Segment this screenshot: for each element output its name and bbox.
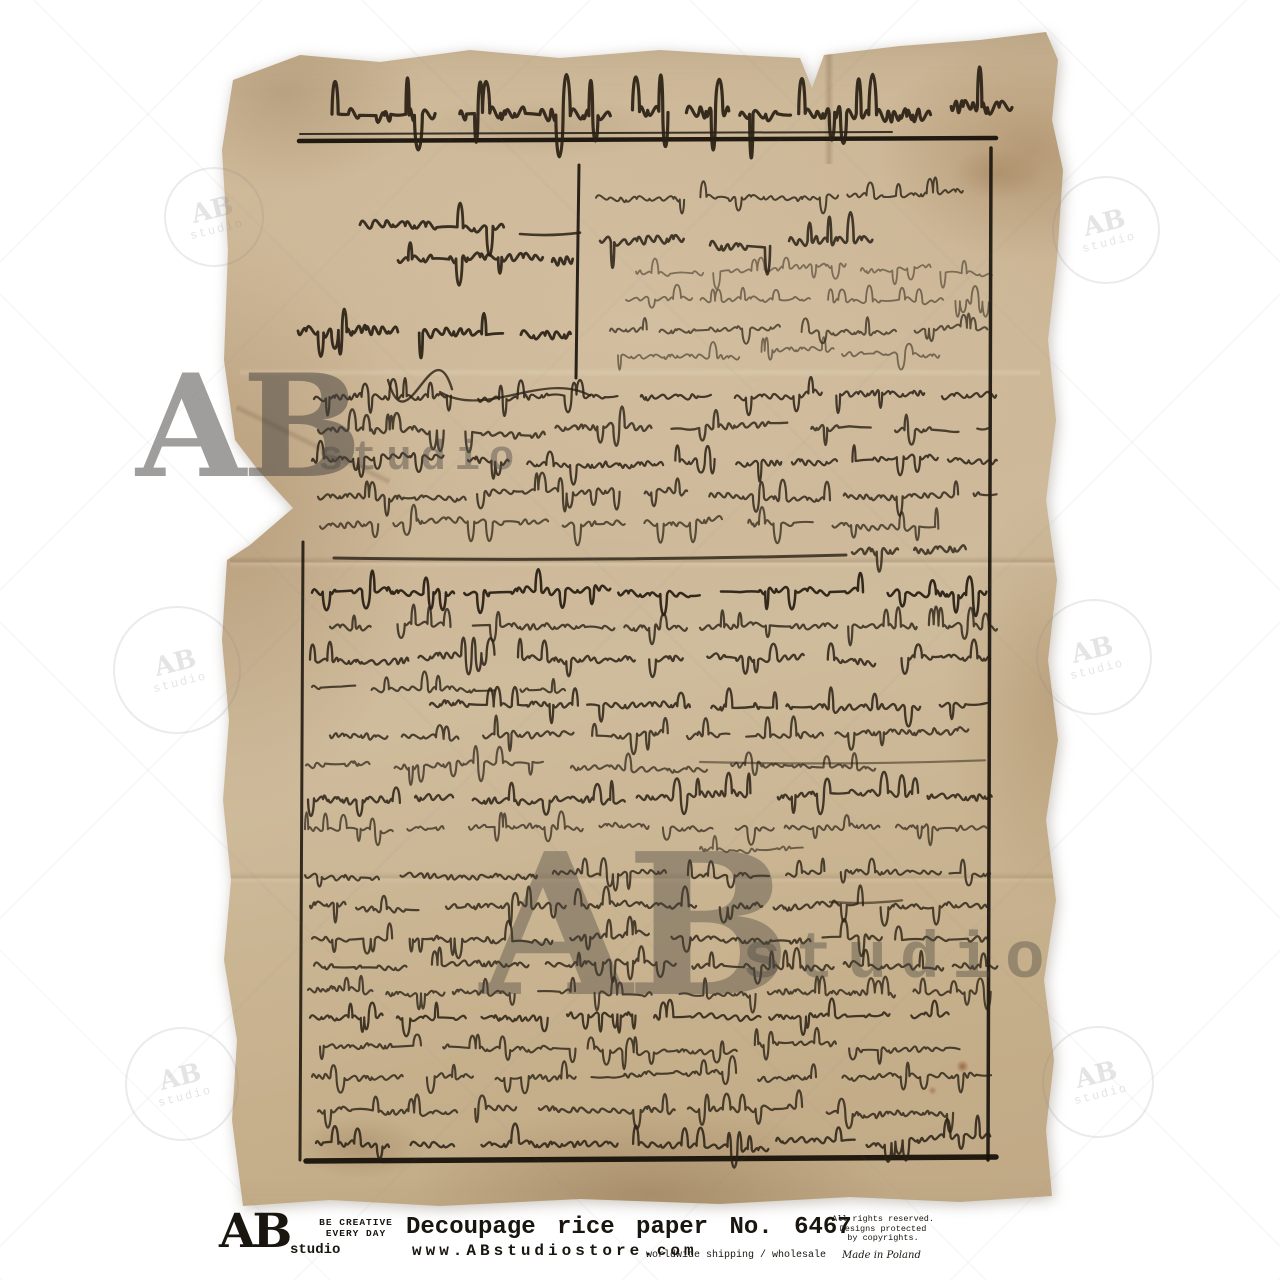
frame-rule-line <box>988 148 991 1160</box>
watermark-stamp-ab: AB <box>1081 205 1128 240</box>
website-url: www.ABstudiostore.com <box>412 1242 698 1260</box>
handwriting-line <box>310 886 986 926</box>
watermark-stamp: ABstudio <box>1041 165 1172 296</box>
watermark-stamp: ABstudio <box>113 1015 251 1153</box>
handwriting-line <box>610 314 987 344</box>
handwriting-line <box>312 441 997 485</box>
frame-rule-line <box>576 165 579 378</box>
handwriting-line <box>398 243 573 286</box>
handwriting-line <box>636 258 992 289</box>
handwriting-line <box>330 605 997 646</box>
watermark-stamp-studio: studio <box>189 216 246 243</box>
paper-shadow <box>0 0 1280 1280</box>
handwriting-line <box>314 946 997 983</box>
product-title: Decoupage rice paper <box>406 1214 708 1241</box>
ink-stain <box>956 1060 969 1073</box>
frame-rule-line <box>306 1157 996 1161</box>
handwriting-line <box>334 555 846 559</box>
handwriting-line <box>360 203 504 255</box>
paper-fold-crease <box>824 32 834 164</box>
handwriting-line <box>314 377 996 416</box>
watermark-stamp-studio: studio <box>1073 1081 1130 1108</box>
watermark-stamp: ABstudio <box>1024 587 1165 728</box>
handwriting-line <box>332 67 1012 158</box>
paper-fold-crease <box>230 872 1060 884</box>
frame-rule-line <box>300 542 303 1160</box>
watermark-stamp-ab: AB <box>152 645 199 680</box>
watermark-stamp-studio: studio <box>157 1083 214 1110</box>
brand-logo-ab: AB <box>219 1208 289 1255</box>
handwriting-line <box>320 505 938 546</box>
handwriting-line <box>700 760 985 763</box>
handwriting-line <box>312 671 565 692</box>
handwriting-line <box>320 1028 960 1069</box>
footer-brand-bar: AB studio BE CREATIVE EVERY DAY Decoupag… <box>0 1210 1280 1274</box>
paper-fold-crease <box>230 556 1060 568</box>
handwriting-line <box>700 836 803 853</box>
handwriting-line <box>430 687 987 727</box>
watermark-stamp: ABstudio <box>1030 1014 1166 1150</box>
brand-logo-studio: studio <box>290 1242 340 1258</box>
handwriting-line <box>626 285 989 317</box>
frame-rule-line <box>299 138 996 141</box>
handwriting-line <box>330 716 968 755</box>
product-number: No. 6467 <box>729 1214 851 1241</box>
frame-rule-line <box>300 132 892 134</box>
handwriting-line <box>316 1116 990 1168</box>
handwriting-line <box>600 212 872 274</box>
paper-edge-shading <box>0 0 1280 1280</box>
handwriting-line <box>830 900 902 903</box>
watermark-stamp-ab: AB <box>1073 1057 1120 1092</box>
watermark-stamp: ABstudio <box>99 592 254 747</box>
handwriting-line <box>312 917 987 959</box>
handwriting-line <box>305 811 986 845</box>
handwriting-line <box>306 746 875 785</box>
rights-line2: Designs protected <box>822 1225 944 1235</box>
handwriting-line <box>310 998 949 1036</box>
tagline-line2: EVERY DAY <box>308 1229 404 1240</box>
vintage-paper <box>0 0 1280 1280</box>
watermark-studio-center: studio <box>742 922 1058 997</box>
handwriting-line <box>318 1090 953 1132</box>
watermark-stamp-studio: studio <box>152 669 209 696</box>
handwriting-line <box>308 772 992 816</box>
handwriting-line <box>388 370 452 402</box>
handwriting-line <box>305 858 990 890</box>
rights-line3: by copyrights. <box>822 1234 944 1244</box>
rights-line1: All rights reserved. <box>822 1215 944 1225</box>
handwriting-line <box>618 337 939 370</box>
handwriting-line <box>318 406 988 452</box>
product-photo: AB studio AB studio ABstudioABstudioABst… <box>0 0 1280 1280</box>
handwriting-line <box>312 1056 991 1093</box>
watermark-stamp-ab: AB <box>1069 632 1116 667</box>
product-title-line: Decoupage rice paper No. 6467 <box>406 1214 852 1241</box>
watermark-stamp-ab: AB <box>189 192 236 227</box>
tagline-line1: BE CREATIVE <box>308 1218 404 1229</box>
paper-stain <box>950 148 1045 200</box>
origin-note: Made in Poland <box>842 1250 921 1261</box>
rights-note: All rights reserved. Designs protected b… <box>822 1215 944 1244</box>
watermark-stamp-studio: studio <box>1081 229 1138 256</box>
watermark-stamp: ABstudio <box>153 156 274 277</box>
paper-fold-crease <box>235 403 392 486</box>
watermark-stamp-ab: AB <box>157 1059 204 1094</box>
paper-stain <box>296 1116 426 1180</box>
watermark-ab-center: AB <box>480 828 786 1024</box>
handwriting-line <box>310 638 990 677</box>
paper-stain <box>410 96 680 158</box>
handwriting-line <box>308 976 991 1013</box>
handwriting-line <box>318 473 997 516</box>
handwriting-line <box>596 177 963 213</box>
diagonal-watermark-hatch <box>0 0 1280 1280</box>
handwriting-line <box>440 388 590 400</box>
watermark-studio-top-left: studio <box>318 434 523 482</box>
handwriting-line <box>852 545 966 571</box>
watermark-ab-top-left: AB <box>136 356 358 498</box>
handwriting-line <box>312 569 986 616</box>
handwriting-line <box>520 233 580 235</box>
handwriting-layer <box>0 0 1280 1280</box>
handwriting-line <box>298 309 571 358</box>
watermark-stamp-studio: studio <box>1069 656 1126 683</box>
shipping-note: worldwide shipping / wholesale <box>646 1250 826 1261</box>
brand-tagline: BE CREATIVE EVERY DAY <box>308 1218 404 1239</box>
paper-fold-crease <box>240 368 1040 377</box>
ink-stain <box>928 1086 937 1095</box>
